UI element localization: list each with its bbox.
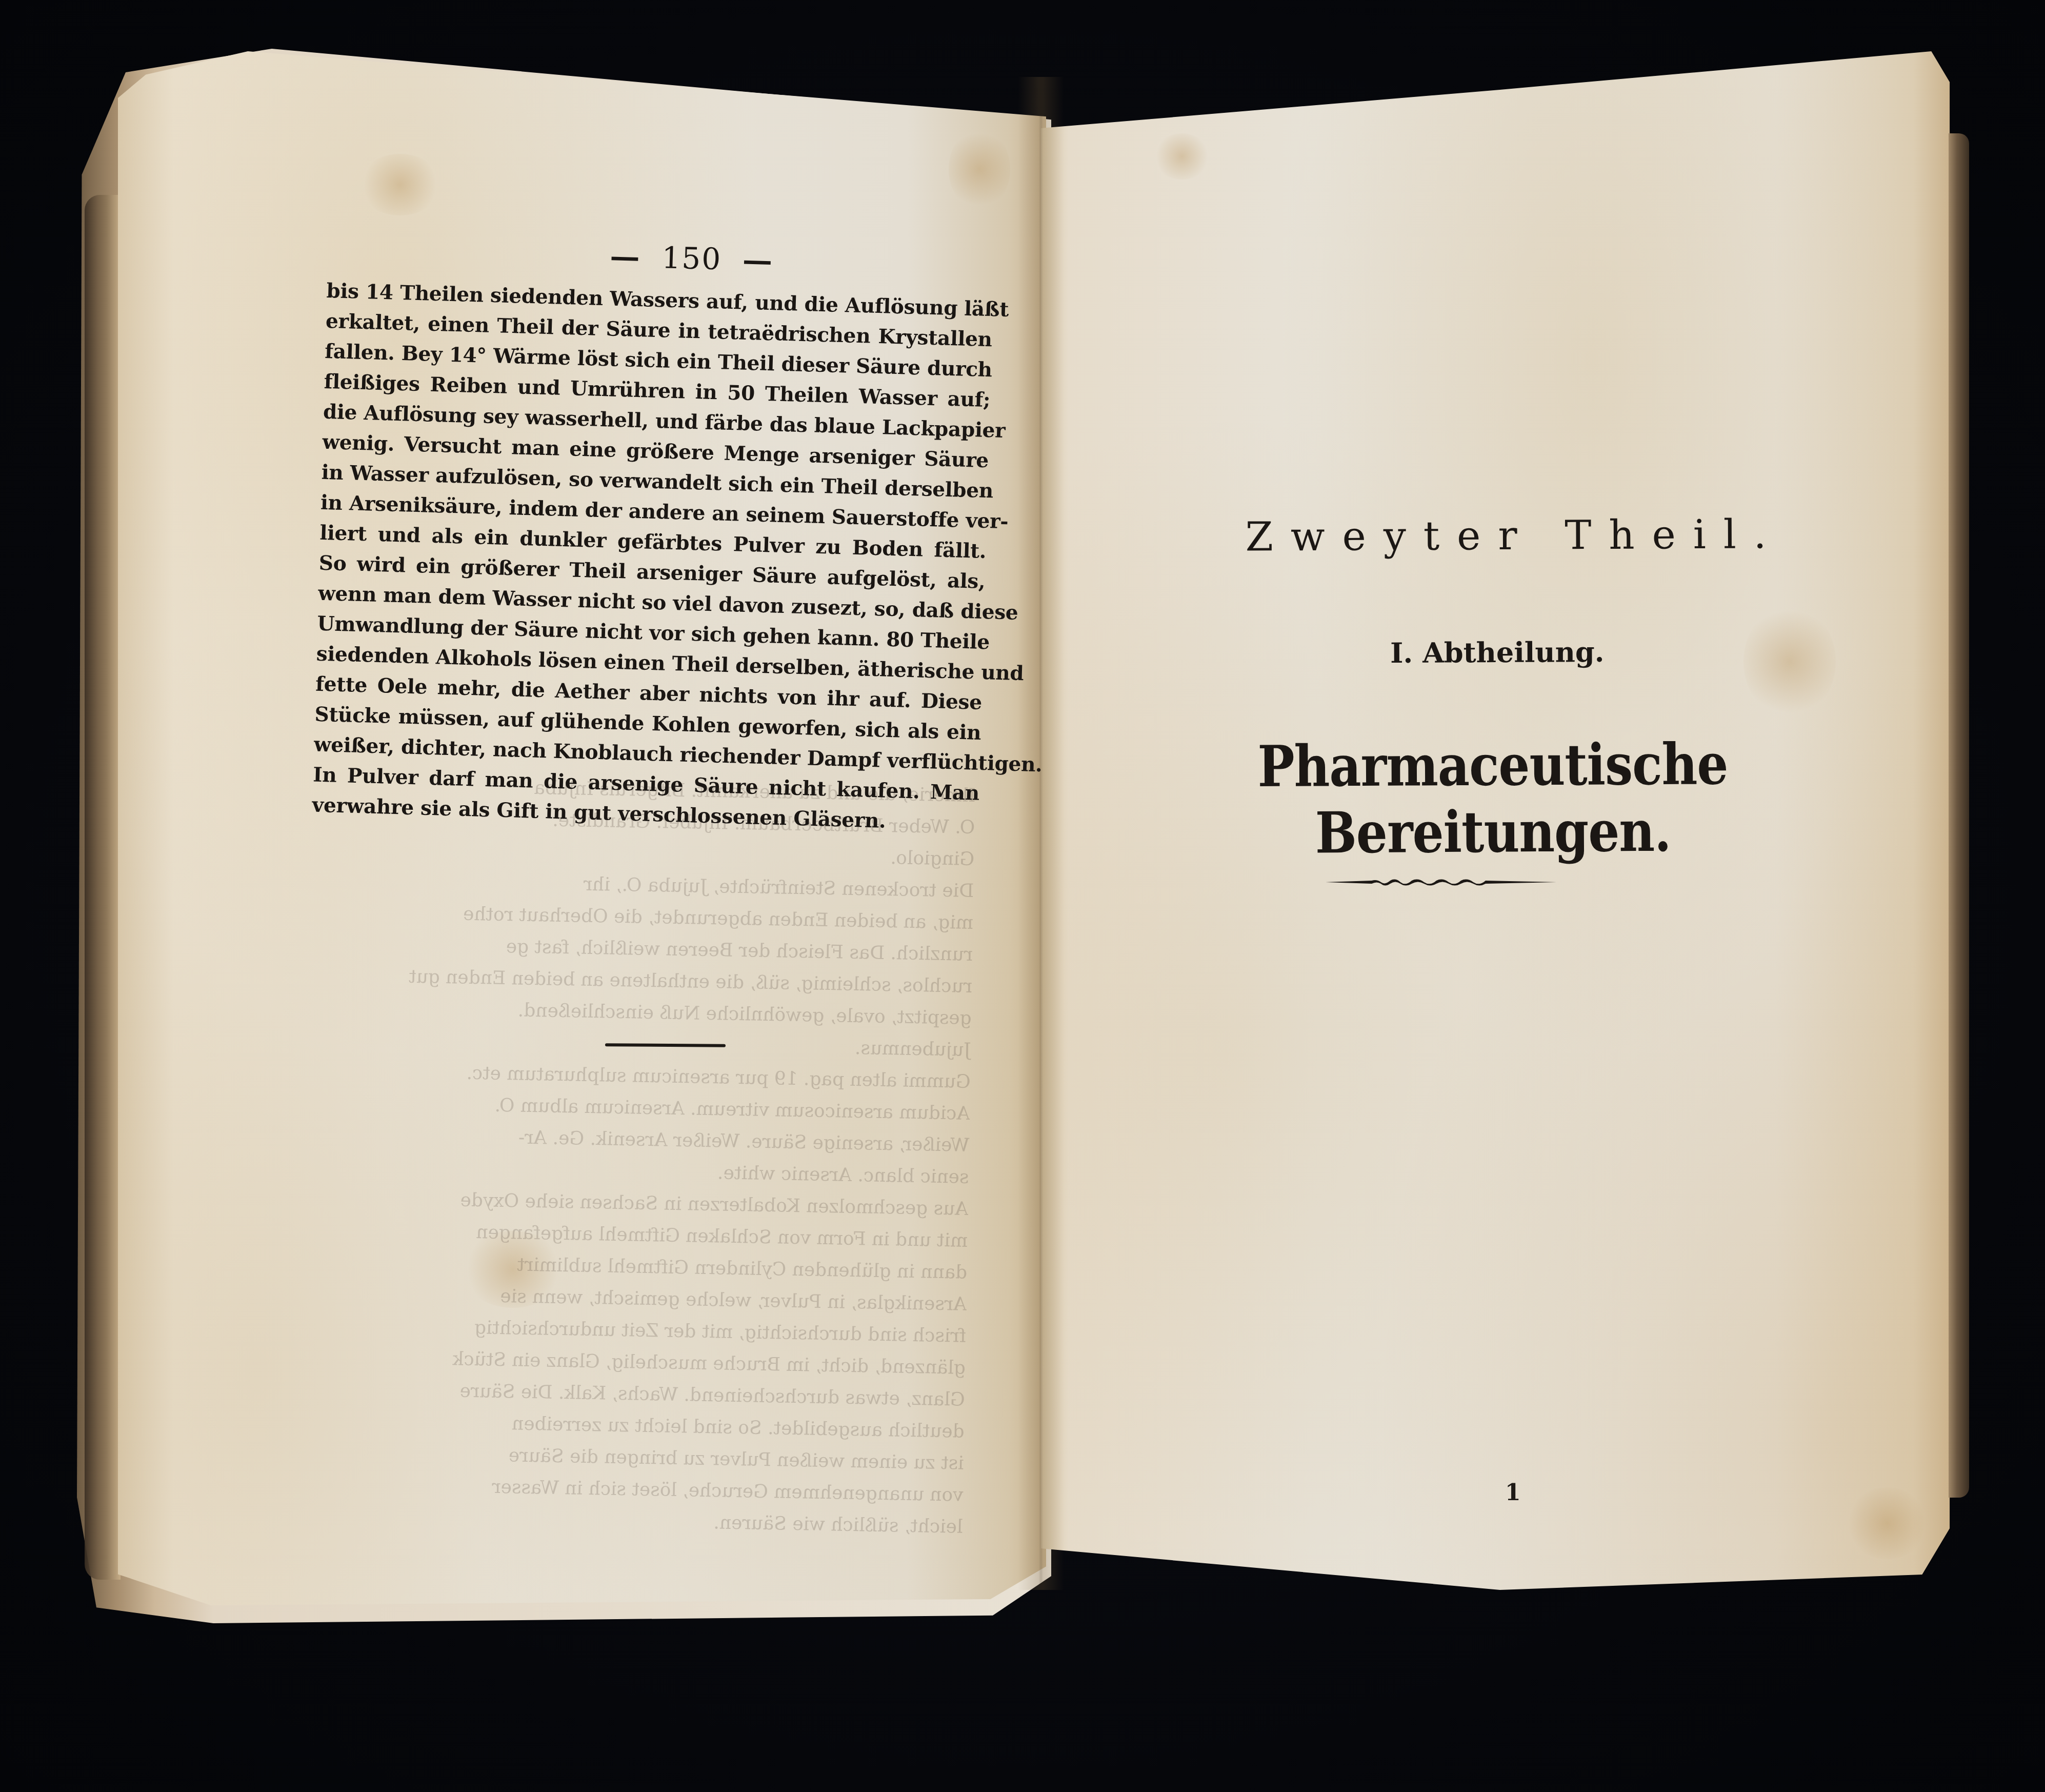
left-page-text: — 150 — bis 14 Theilen siedenden Wassers… bbox=[312, 231, 995, 839]
part-title: Zweyter Theil. bbox=[1132, 511, 1896, 561]
bleed-through-text: Ilmerie, die und zu anerkannt. Bitgeruis… bbox=[322, 769, 976, 1543]
book-gutter bbox=[1018, 77, 1064, 1590]
signature-mark: 1 bbox=[1505, 1480, 1521, 1506]
right-fore-edge bbox=[1949, 133, 1969, 1498]
right-page-text: Zweyter Theil. I. Abtheilung. Pharmaceut… bbox=[1101, 485, 1898, 859]
open-book: Ilmerie, die und zu anerkannt. Bitgeruis… bbox=[0, 0, 2045, 1792]
page-number-value: 150 bbox=[661, 240, 722, 276]
ornamental-rule-icon bbox=[1326, 876, 1556, 887]
left-fore-edge bbox=[85, 195, 121, 1580]
division-title: I. Abtheilung. bbox=[1097, 634, 1897, 671]
page-number-dash: — bbox=[610, 238, 641, 274]
page-number-dash: — bbox=[742, 243, 774, 278]
section-title: Pharmaceutische Bereitungen. bbox=[1088, 730, 1898, 867]
